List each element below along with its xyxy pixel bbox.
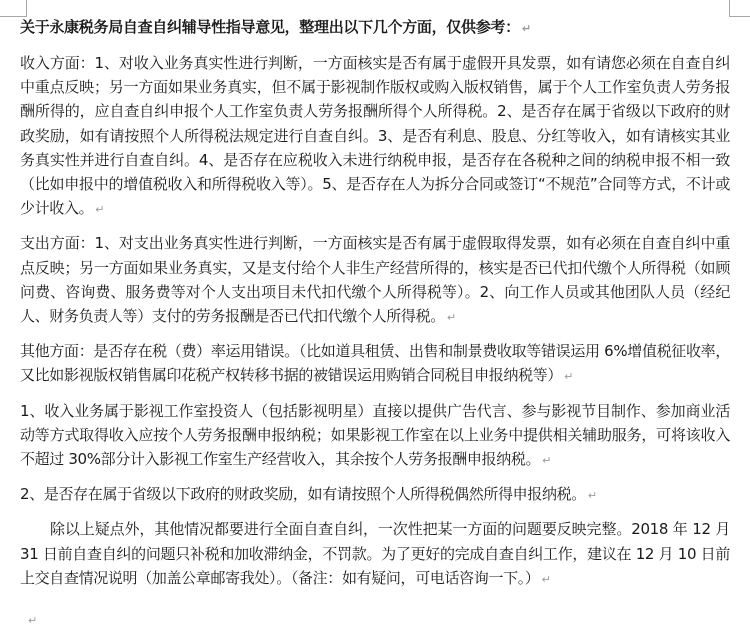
paragraph-expenditure-text: 支出方面：1、对支出业务真实性进行判断，一方面核实是否有属于虚假取得发票，如有必… [20,234,730,325]
paragraph-mark-icon: ↵ [542,573,551,586]
paragraph-item-2: 2、是否存在属于省级以下政府的财政奖励，如有请按照个人所得税偶然所得申报纳税。↵ [20,482,730,508]
paragraph-mark-icon: ↵ [522,22,531,35]
paragraph-closing: 除以上疑点外，其他情况都要进行全面自查自纠，一次性把某一方面的问题要反映完整。2… [20,517,730,592]
empty-paragraph-mark-icon: ↵ [28,614,37,627]
paragraph-mark-icon: ↵ [447,311,456,324]
paragraph-income-text: 收入方面：1、对收入业务真实性进行判断，一方面核实是否有属于虚假开具发票，如有请… [20,54,730,217]
page-corner-mark-top-right [729,0,750,17]
document-page: 关于永康税务局自查自纠辅导性指导意见，整理出以下几个方面，仅供参考：↵ 收入方面… [20,16,730,601]
paragraph-other: 其他方面：是否存在税（费）率运用错误。（比如道具租赁、出售和制景费收取等错误运用… [20,339,730,389]
paragraph-closing-text: 除以上疑点外，其他情况都要进行全面自查自纠，一次性把某一方面的问题要反映完整。2… [20,520,730,586]
paragraph-mark-icon: ↵ [588,489,597,502]
page-corner-mark-top-left [0,0,27,17]
paragraph-mark-icon: ↵ [564,370,573,383]
paragraph-mark-icon: ↵ [542,454,551,467]
paragraph-item-1: 1、收入业务属于影视工作室投资人（包括影视明星）直接以提供广告代言、参与影视节目… [20,399,730,474]
paragraph-item-2-text: 2、是否存在属于省级以下政府的财政奖励，如有请按照个人所得税偶然所得申报纳税。 [20,485,586,503]
paragraph-item-1-text: 1、收入业务属于影视工作室投资人（包括影视明星）直接以提供广告代言、参与影视节目… [20,402,730,468]
paragraph-mark-icon: ↵ [95,203,104,216]
paragraph-expenditure: 支出方面：1、对支出业务真实性进行判断，一方面核实是否有属于虚假取得发票，如有必… [20,231,730,330]
paragraph-other-text: 其他方面：是否存在税（费）率运用错误。（比如道具租赁、出售和制景费收取等错误运用… [20,342,730,384]
document-title: 关于永康税务局自查自纠辅导性指导意见，整理出以下几个方面，仅供参考：↵ [20,16,730,40]
paragraph-income: 收入方面：1、对收入业务真实性进行判断，一方面核实是否有属于虚假开具发票，如有请… [20,51,730,222]
document-title-text: 关于永康税务局自查自纠辅导性指导意见，整理出以下几个方面，仅供参考： [20,18,520,36]
